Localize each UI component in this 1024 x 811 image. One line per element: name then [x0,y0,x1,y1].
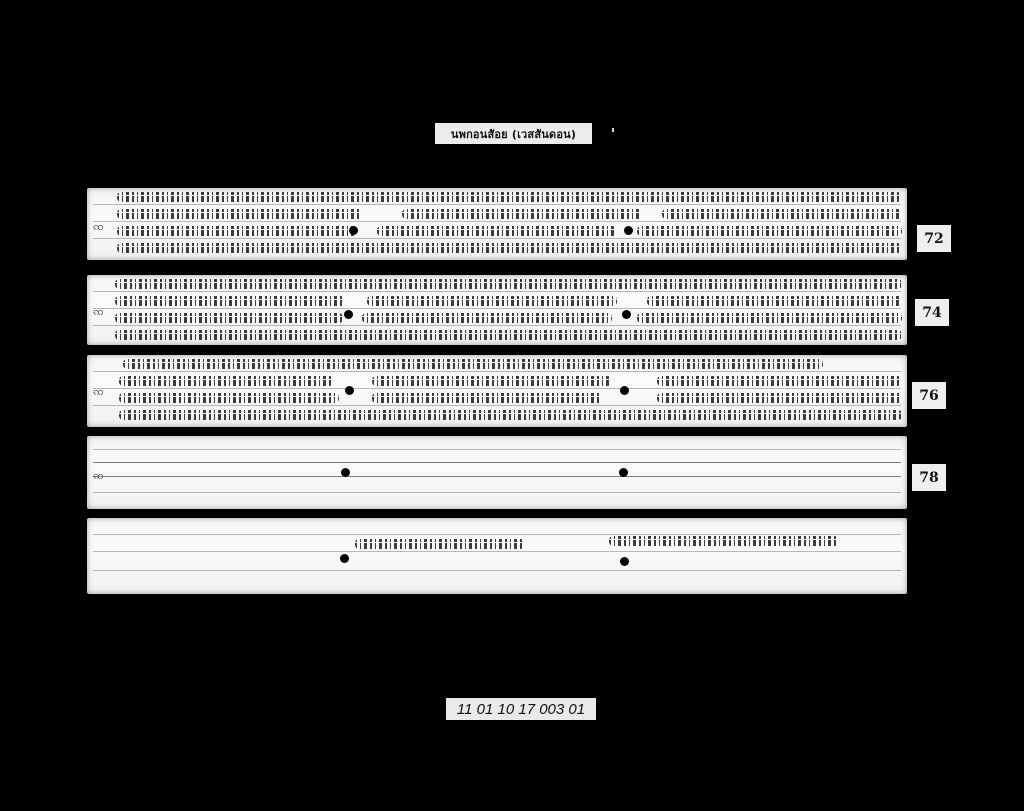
script-line [119,376,334,386]
script-line [647,296,902,306]
script-line [123,359,823,369]
script-line [362,313,612,323]
title-label: นพกอนสัอย (เวสสันดอน) [435,123,592,144]
script-line [372,393,602,403]
string-hole [620,386,629,395]
palm-leaf-5 [87,518,907,594]
catalog-number-label: 11 01 10 17 003 01 [446,698,596,720]
script-line [119,393,339,403]
string-hole [349,226,358,235]
script-line [637,313,902,323]
script-line [115,279,902,289]
script-line [119,410,902,420]
script-line [115,330,902,340]
leaf-margin-mark: ꩡ [93,220,104,236]
script-line [115,313,343,323]
colophon-text-right [609,536,839,546]
script-line [372,376,612,386]
leaf-margin-mark: ꩡ [93,469,104,485]
colophon-text-left [355,539,525,549]
string-hole [624,226,633,235]
script-line [367,296,617,306]
script-line [117,209,362,219]
string-hole [344,310,353,319]
script-line [117,226,357,236]
script-line [657,393,902,403]
string-hole [619,468,628,477]
string-hole [622,310,631,319]
page-number-text: 74 [922,305,941,321]
page-number-74: 74 [915,299,949,326]
palm-leaf-2: ꩡ [87,275,907,345]
page-number-76: 76 [912,382,946,409]
string-hole [345,386,354,395]
page-number-text: 76 [919,388,938,404]
script-line [402,209,642,219]
leaf-margin-mark: ꩡ [93,305,104,321]
script-line [117,192,902,202]
string-hole [620,557,629,566]
palm-leaf-1: ꩡ [87,188,907,260]
script-line [377,226,617,236]
page-number-78: 78 [912,464,946,491]
script-line [657,376,902,386]
page-number-text: 72 [924,231,943,247]
script-line [117,243,902,253]
catalog-number-text: 11 01 10 17 003 01 [457,701,585,718]
page-number-72: 72 [917,225,951,252]
string-hole [341,468,350,477]
title-text: นพกอนสัอย (เวสสันดอน) [451,125,576,143]
script-line [662,209,902,219]
leaf-margin-mark: ꩡ [93,385,104,401]
film-speck [612,128,614,132]
script-line [637,226,902,236]
page-number-text: 78 [919,470,938,486]
script-line [115,296,345,306]
palm-leaf-3: ꩡ [87,355,907,427]
palm-leaf-4: ꩡ [87,436,907,509]
string-hole [340,554,349,563]
